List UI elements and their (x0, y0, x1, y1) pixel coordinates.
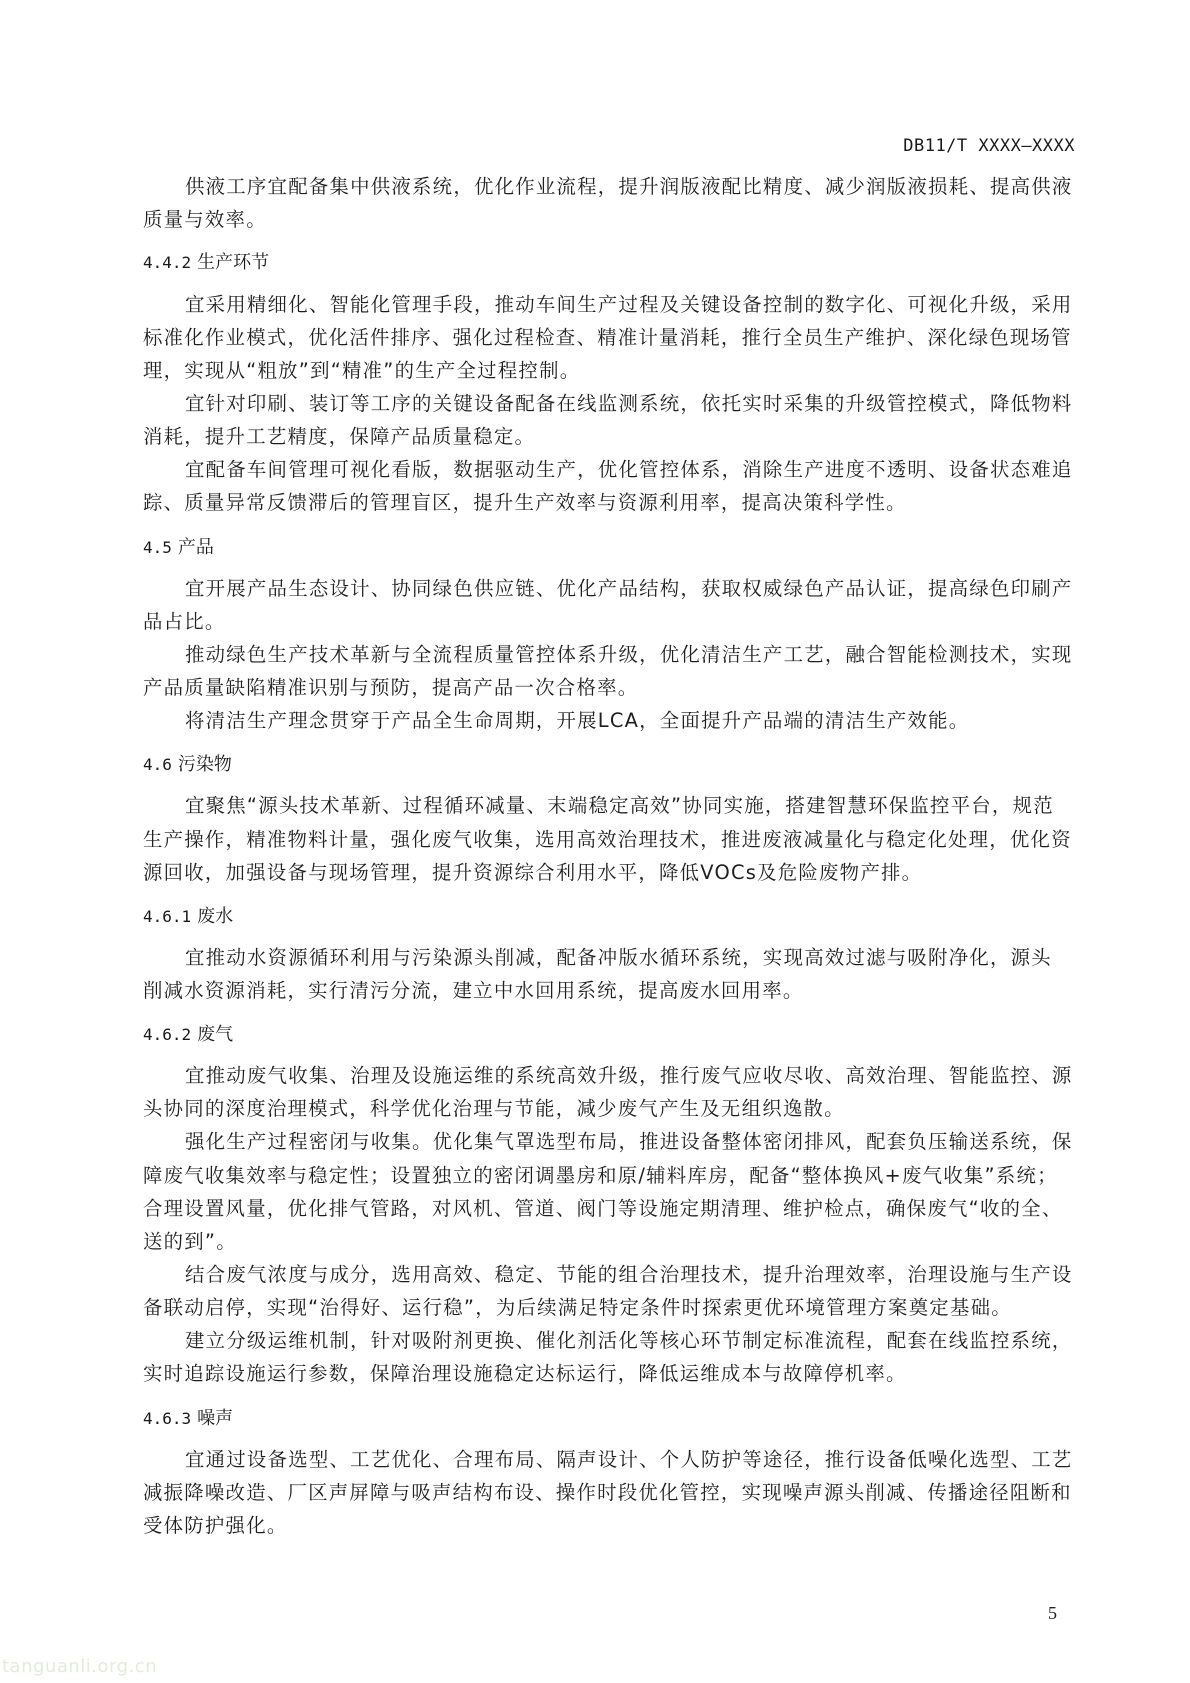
section-title: 产品 (178, 537, 214, 558)
section-heading-4-6: 4.6污染物 (143, 752, 232, 778)
paragraph-line: 宜针对印刷、装订等工序的关键设备配备在线监测系统，依托实时采集的升级管控模式，降… (185, 391, 1075, 417)
paragraph-line: 标准化作业模式，优化活件排序、强化过程检查、精准计量消耗，推行全员生产维护、深化… (143, 325, 1075, 351)
section-number: 4.5 (143, 538, 172, 557)
section-number: 4.6.1 (143, 907, 191, 926)
paragraph-line: 头协同的深度治理模式，科学优化治理与节能，减少废气产生及无组织逸散。 (143, 1096, 1075, 1122)
paragraph-line: 品占比。 (143, 609, 1075, 635)
paragraph-line: 宜开展产品生态设计、协同绿色供应链、优化产品结构，获取权威绿色产品认证，提高绿色… (185, 576, 1075, 602)
page-number: 5 (1048, 1603, 1057, 1624)
section-title: 生产环节 (197, 252, 269, 273)
section-title: 废气 (197, 1024, 233, 1045)
paragraph-line: 宜采用精细化、智能化管理手段，推动车间生产过程及关键设备控制的数字化、可视化升级… (185, 292, 1075, 318)
paragraph-line: 结合废气浓度与成分，选用高效、稳定、节能的组合治理技术，提升治理效率，治理设施与… (185, 1262, 1075, 1288)
paragraph-line: 送的到”。 (143, 1229, 1075, 1255)
paragraph-line: 减振降噪改造、厂区声屏障与吸声结构布设、操作时段优化管控，实现噪声源头削减、传播… (143, 1480, 1075, 1506)
section-title: 污染物 (178, 754, 232, 775)
paragraph-line: 削减水资源消耗，实行清污分流，建立中水回用系统，提高废水回用率。 (143, 978, 1075, 1004)
paragraph-line: 建立分级运维机制，针对吸附剂更换、催化剂活化等核心环节制定标准流程，配套在线监控… (185, 1328, 1075, 1354)
standard-code-header: DB11/T XXXX—XXXX (903, 136, 1075, 156)
section-heading-4-4-2: 4.4.2生产环节 (143, 250, 269, 276)
section-title: 废水 (197, 906, 233, 927)
paragraph-line: 推动绿色生产技术革新与全流程质量管控体系升级，优化清洁生产工艺，融合智能检测技术… (185, 642, 1075, 668)
section-number: 4.6.2 (143, 1025, 191, 1044)
section-heading-4-6-1: 4.6.1废水 (143, 904, 233, 930)
section-heading-4-5: 4.5产品 (143, 535, 214, 561)
paragraph-line: 强化生产过程密闭与收集。优化集气罩选型布局，推进设备整体密闭排风，配套负压输送系… (185, 1129, 1075, 1155)
section-number: 4.6.3 (143, 1409, 191, 1428)
paragraph-line: 产品质量缺陷精准识别与预防，提高产品一次合格率。 (143, 675, 1075, 701)
paragraph-line: 宜配备车间管理可视化看版，数据驱动生产，优化管控体系，消除生产进度不透明、设备状… (185, 457, 1075, 483)
paragraph-line: 宜推动水资源循环利用与污染源头削减，配备冲版水循环系统，实现高效过滤与吸附净化，… (185, 945, 1075, 971)
paragraph-line: 合理设置风量，优化排气管路，对风机、管道、阀门等设施定期清理、维护检点，确保废气… (143, 1196, 1075, 1222)
paragraph-line: 备联动启停，实现“治得好、运行稳”，为后续满足特定条件时探索更优环境管理方案奠定… (143, 1295, 1075, 1321)
document-page: DB11/T XXXX—XXXX 供液工序宜配备集中供液系统，优化作业流程，提升… (0, 0, 1190, 1683)
paragraph-line: 障废气收集效率与稳定性；设置独立的密闭调墨房和原/辅料库房，配备“整体换风+废气… (143, 1163, 1075, 1189)
section-number: 4.4.2 (143, 253, 191, 272)
paragraph-line: 实时追踪设施运行参数，保障治理设施稳定达标运行，降低运维成本与故障停机率。 (143, 1361, 1075, 1387)
paragraph-line: 宜推动废气收集、治理及设施运维的系统高效升级，推行废气应收尽收、高效治理、智能监… (185, 1063, 1075, 1089)
paragraph-line: 踪、质量异常反馈滞后的管理盲区，提升生产效率与资源利用率，提高决策科学性。 (143, 490, 1075, 516)
paragraph-line: 源回收，加强设备与现场管理，提升资源综合利用水平，降低VOCs及危险废物产排。 (143, 860, 1075, 886)
paragraph-line: 宜聚焦“源头技术革新、过程循环减量、末端稳定高效”协同实施，搭建智慧环保监控平台… (185, 793, 1075, 819)
paragraph-line: 生产操作，精准物料计量，强化废气收集，选用高效治理技术，推进废液减量化与稳定化处… (143, 827, 1075, 853)
section-number: 4.6 (143, 755, 172, 774)
watermark: tanguanli.org.cn (2, 1656, 157, 1677)
section-heading-4-6-2: 4.6.2废气 (143, 1022, 233, 1048)
paragraph-line: 理，实现从“粗放”到“精准”的生产全过程控制。 (143, 358, 1075, 384)
paragraph-line: 将清洁生产理念贯穿于产品全生命周期，开展LCA，全面提升产品端的清洁生产效能。 (185, 708, 1075, 734)
paragraph-line: 受体防护强化。 (143, 1513, 1075, 1539)
paragraph-line: 宜通过设备选型、工艺优化、合理布局、隔声设计、个人防护等途径，推行设备低噪化选型… (185, 1447, 1075, 1473)
section-heading-4-6-3: 4.6.3噪声 (143, 1406, 233, 1432)
paragraph-line: 供液工序宜配备集中供液系统，优化作业流程，提升润版液配比精度、减少润版液损耗、提… (185, 174, 1075, 200)
section-title: 噪声 (197, 1408, 233, 1429)
paragraph-line: 消耗，提升工艺精度，保障产品质量稳定。 (143, 424, 1075, 450)
paragraph-line: 质量与效率。 (143, 207, 1075, 233)
